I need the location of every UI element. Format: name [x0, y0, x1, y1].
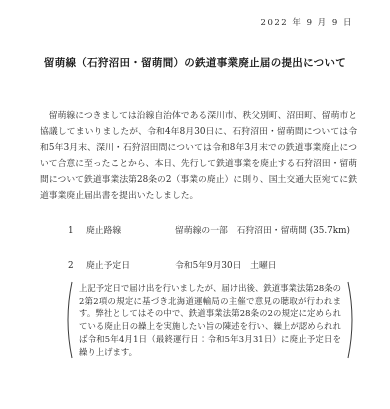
note-block: 上記予定日で届け出を行いましたが、届け出後、鉄道事業法第28条の2第2項の規定に… [62, 280, 358, 360]
item-value-abolition-date: 令和5年9月30日 土曜日 [175, 260, 362, 272]
left-paren-icon [62, 280, 74, 360]
document-title: 留萌線（石狩沼田・留萌間）の鉄道事業廃止届の提出について [0, 55, 390, 70]
item-label-abolished-line: 廃止路線 [86, 225, 175, 237]
body-paragraph: 留萌線につきましては沿線自治体である深川市、秩父別町、沼田町、留萌市と協議してま… [40, 108, 357, 204]
items-list: 1 廃止路線 留萌線の一部 石狩沼田・留萌間 (35.7km) 2 廃止予定日 … [68, 225, 362, 272]
document-page: 2022 年 9 月 9 日 留萌線（石狩沼田・留萌間）の鉄道事業廃止届の提出に… [0, 0, 390, 409]
item-number: 2 [68, 260, 86, 272]
document-date: 2022 年 9 月 9 日 [261, 16, 353, 28]
item-label-abolition-date: 廃止予定日 [86, 260, 175, 272]
note-text: 上記予定日で届け出を行いましたが、届け出後、鉄道事業法第28条の2第2項の規定に… [79, 282, 341, 358]
item-number: 1 [68, 225, 86, 237]
item-value-abolished-line: 留萌線の一部 石狩沼田・留萌間 (35.7km) [175, 225, 362, 237]
right-paren-icon [346, 280, 358, 360]
item-row-abolition-date: 2 廃止予定日 令和5年9月30日 土曜日 [68, 260, 362, 272]
item-row-abolished-line: 1 廃止路線 留萌線の一部 石狩沼田・留萌間 (35.7km) [68, 225, 362, 237]
